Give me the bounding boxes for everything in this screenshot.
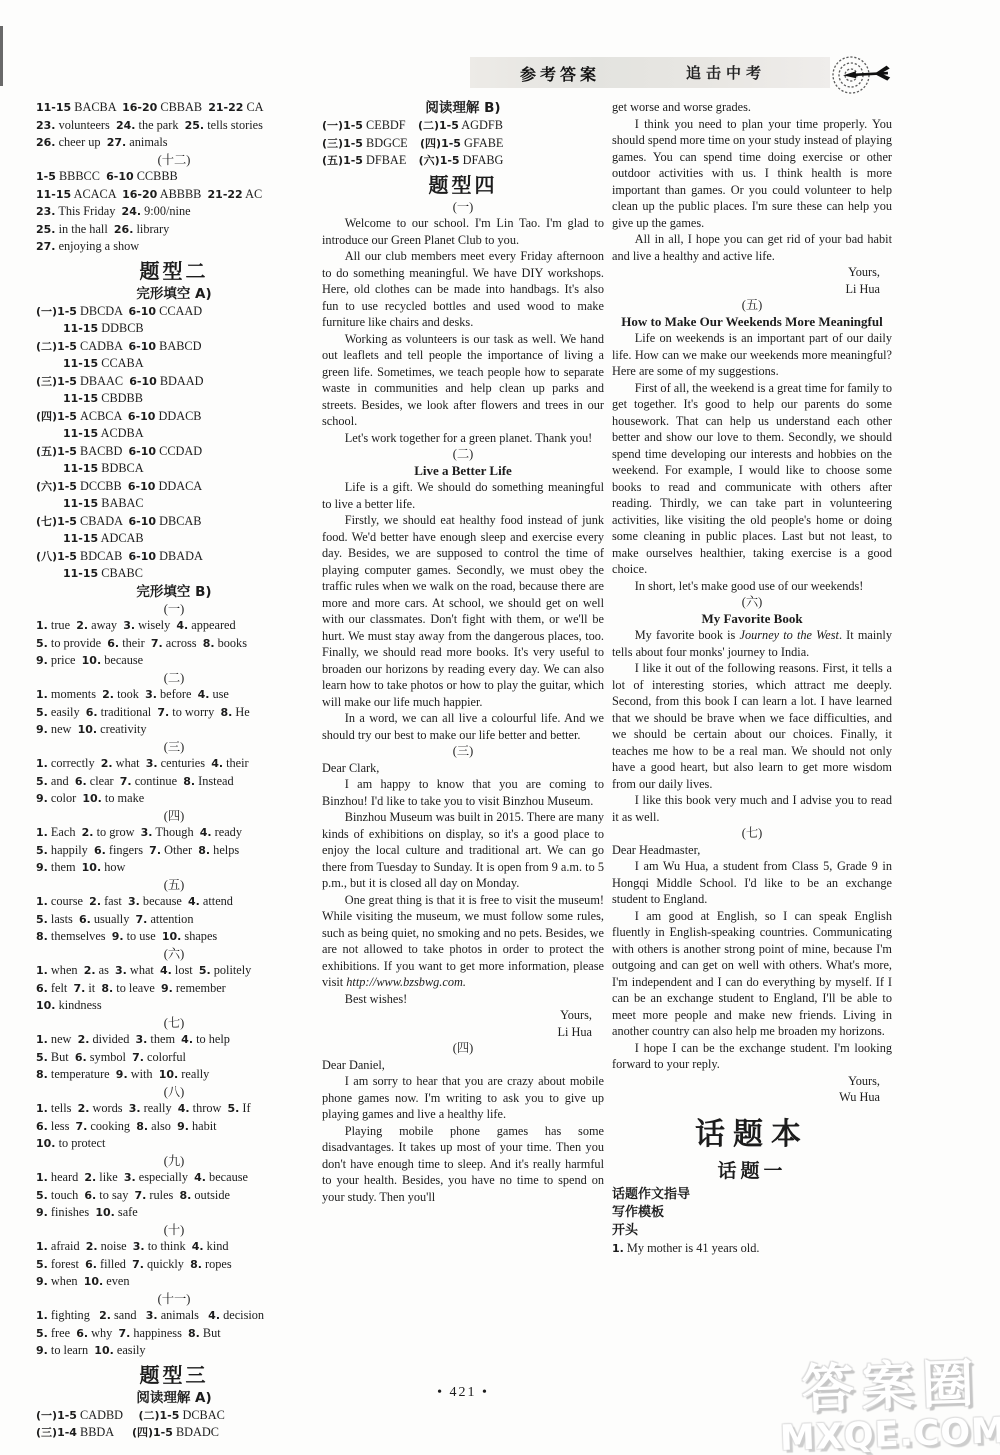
answer-line: 1. tells 2. words 3. really 4. throw 5. … (36, 1100, 312, 1118)
section-marker: (三) (322, 743, 604, 760)
paragraph: I am Wu Hua, a student from Class 5, Gra… (612, 858, 892, 908)
section-marker: (三) (36, 739, 312, 756)
answer-line: 8. temperature 9. with 10. really (36, 1066, 312, 1084)
paragraph: Let's work together for a green planet. … (322, 430, 604, 447)
section-marker: (四) (322, 1040, 604, 1057)
answer-line: 1. afraid 2. noise 3. to think 4. kind (36, 1238, 312, 1256)
paragraph: Working as volunteers is our task as wel… (322, 331, 604, 430)
signature-line: Li Hua (612, 281, 892, 298)
answer-line: (六)1-5 DCCBB 6-10 DDACA (36, 478, 312, 496)
subsection-heading: 阅读理解 A) (36, 1389, 312, 1407)
answer-line: 1. heard 2. like 3. especially 4. becaus… (36, 1169, 312, 1187)
paragraph: I think you need to plan your time prope… (612, 116, 892, 232)
section-marker: (六) (36, 946, 312, 963)
header-title-series: 追击中考 (686, 62, 766, 83)
answer-line: 1. course 2. fast 3. because 4. attend (36, 893, 312, 911)
answer-line: 10. kindness (36, 997, 312, 1015)
paragraph: Firstly, we should eat healthy food inst… (322, 512, 604, 710)
section-marker: (十二) (36, 152, 312, 169)
answer-line: 1. new 2. divided 3. them 4. to help (36, 1031, 312, 1049)
watermark-site: MXQE.COM (779, 1411, 1000, 1455)
answer-line: 1. moments 2. took 3. before 4. use (36, 686, 312, 704)
section-marker: (九) (36, 1153, 312, 1170)
answer-line: 1. Each 2. to grow 3. Though 4. ready (36, 824, 312, 842)
answer-line: 10. to protect (36, 1135, 312, 1153)
paragraph: Best wishes! (322, 991, 604, 1008)
answer-line: (三)1-4 BBDA (四)1-5 BDADC (36, 1424, 312, 1442)
answer-line: 23. volunteers 24. the park 25. tells st… (36, 117, 312, 135)
answer-line: 6. felt 7. it 8. to leave 9. remember (36, 980, 312, 998)
header-title-answers: 参考答案 (520, 62, 600, 85)
answer-line-continuation: 11-15 CBABC (36, 565, 312, 583)
part-title: 话题本 (612, 1114, 892, 1156)
paragraph: One great thing is that it is free to vi… (322, 892, 604, 991)
section-marker: (五) (36, 877, 312, 894)
topic-heading: 话题一 (612, 1156, 892, 1186)
paragraph: All our club members meet every Friday a… (322, 248, 604, 331)
paragraph: In a word, we can all live a colourful l… (322, 710, 604, 743)
scan-edge-artifact (0, 26, 3, 86)
answer-line: 1-5 BBBCC 6-10 CCBBB (36, 168, 312, 186)
answer-line: 9. them 10. how (36, 859, 312, 877)
answer-line: (一)1-5 DBCDA 6-10 CCAAD (36, 303, 312, 321)
answer-line: 5. forest 6. filled 7. quickly 8. ropes (36, 1256, 312, 1274)
answer-line-continuation: 11-15 DDBCB (36, 320, 312, 338)
paragraph: My favorite book is Journey to the West.… (612, 627, 892, 660)
section-marker: (四) (36, 808, 312, 825)
answer-line: (五)1-5 BACBD 6-10 CCDAD (36, 443, 312, 461)
answer-line: 26. cheer up 27. animals (36, 134, 312, 152)
section-marker: (二) (322, 446, 604, 463)
answer-line: 1. correctly 2. what 3. centuries 4. the… (36, 755, 312, 773)
paragraph-no-indent: Dear Headmaster, (612, 842, 892, 859)
answer-line: 5. lasts 6. usually 7. attention (36, 911, 312, 929)
section-marker: (二) (36, 670, 312, 687)
answer-line: 5. free 6. why 7. happiness 8. But (36, 1325, 312, 1343)
answer-line: 9. finishes 10. safe (36, 1204, 312, 1222)
essay-title: Live a Better Life (322, 463, 604, 480)
answer-line: 9. color 10. to make (36, 790, 312, 808)
answer-key-page: 参考答案 追击中考 11-15 BACBA 16-20 CBBAB 21-22 … (0, 0, 1000, 1455)
section-heading: 题型二 (36, 258, 312, 284)
answer-line: 1. true 2. away 3. wisely 4. appeared (36, 617, 312, 635)
label-line: 话题作文指导 (612, 1186, 892, 1204)
answer-line: 5. But 6. symbol 7. colorful (36, 1049, 312, 1067)
answer-line: 1. fighting 2. sand 3. animals 4. decisi… (36, 1307, 312, 1325)
paragraph-no-indent: get worse and worse grades. (612, 99, 892, 116)
answer-line: 8. themselves 9. to use 10. shapes (36, 928, 312, 946)
paragraph: In short, let's make good use of our wee… (612, 578, 892, 595)
section-marker: (七) (612, 825, 892, 842)
paragraph: Life on weekends is an important part of… (612, 330, 892, 380)
signature-line: Li Hua (322, 1024, 604, 1041)
answer-line: 27. enjoying a show (36, 238, 312, 256)
answers-column-left: 11-15 BACBA 16-20 CBBAB 21-22 CA23. volu… (36, 99, 312, 1442)
answer-line: 25. in the hall 26. library (36, 221, 312, 239)
signature-line: Yours, (322, 1007, 604, 1024)
watermark: 答案圈 MXQE.COM (777, 1355, 1000, 1455)
answer-line: (三)1-5 BDGCE (四)1-5 GFABE (322, 135, 604, 153)
section-marker: (七) (36, 1015, 312, 1032)
paragraph: I am good at English, so I can speak Eng… (612, 908, 892, 1040)
paragraph: I am happy to know that you are coming t… (322, 776, 604, 809)
answer-line: 5. to provide 6. their 7. across 8. book… (36, 635, 312, 653)
answer-line: (一)1-5 CADBD (二)1-5 DCBAC (36, 1407, 312, 1425)
subsection-heading: 阅读理解 B) (322, 99, 604, 117)
paragraph: Welcome to our school. I'm Lin Tao. I'm … (322, 215, 604, 248)
paragraph-no-indent: Dear Clark, (322, 760, 604, 777)
subsection-heading: 完形填空 A) (36, 285, 312, 303)
answer-line: 9. when 10. even (36, 1273, 312, 1291)
answer-line: 1. when 2. as 3. what 4. lost 5. politel… (36, 962, 312, 980)
label-line: 写作模板 (612, 1204, 892, 1222)
label-line: 开头 (612, 1222, 892, 1240)
answers-column-right: get worse and worse grades.I think you n… (612, 99, 892, 1257)
answers-column-middle: 阅读理解 B)(一)1-5 CEBDF (二)1-5 AGDFB(三)1-5 B… (322, 99, 604, 1205)
essay-title: How to Make Our Weekends More Meaningful (612, 314, 892, 331)
section-heading: 题型三 (36, 1362, 312, 1388)
essay-title: My Favorite Book (612, 611, 892, 628)
section-heading: 题型四 (322, 172, 604, 198)
section-marker: (八) (36, 1084, 312, 1101)
page-number: • 421 • (322, 1385, 604, 1401)
answer-line: 5. happily 6. fingers 7. Other 8. helps (36, 842, 312, 860)
answer-line: 5. touch 6. to say 7. rules 8. outside (36, 1187, 312, 1205)
answer-line-continuation: 11-15 ADCAB (36, 530, 312, 548)
paragraph: First of all, the weekend is a great tim… (612, 380, 892, 578)
answer-line-continuation: 11-15 BDBCA (36, 460, 312, 478)
paragraph: Playing mobile phone games has some disa… (322, 1123, 604, 1206)
answer-line: 11-15 ACACA 16-20 ABBBB 21-22 AC (36, 186, 312, 204)
paragraph: Life is a gift. We should do something m… (322, 479, 604, 512)
target-arrow-icon (830, 50, 894, 100)
section-marker: (十) (36, 1222, 312, 1239)
answer-line-continuation: 11-15 CBDBB (36, 390, 312, 408)
paragraph: I like it out of the following reasons. … (612, 660, 892, 792)
answer-line: (八)1-5 BDCAB 6-10 DBADA (36, 548, 312, 566)
paragraph: I like this book very much and I advise … (612, 792, 892, 825)
signature-line: Wu Hua (612, 1089, 892, 1106)
answer-line: 9. price 10. because (36, 652, 312, 670)
answer-line: 11-15 BACBA 16-20 CBBAB 21-22 CA (36, 99, 312, 117)
section-marker: (十一) (36, 1291, 312, 1308)
answer-line: (一)1-5 CEBDF (二)1-5 AGDFB (322, 117, 604, 135)
answer-line: 5. and 6. clear 7. continue 8. Instead (36, 773, 312, 791)
answer-line: (七)1-5 CBADA 6-10 DBCAB (36, 513, 312, 531)
paragraph: I am sorry to hear that you are crazy ab… (322, 1073, 604, 1123)
section-marker: (一) (36, 601, 312, 618)
answer-line: 9. new 10. creativity (36, 721, 312, 739)
answer-line: (五)1-5 DFBAE (六)1-5 DFABG (322, 152, 604, 170)
answer-line: 23. This Friday 24. 9:00/nine (36, 203, 312, 221)
section-marker: (五) (612, 297, 892, 314)
subsection-heading: 完形填空 B) (36, 583, 312, 601)
answer-line: 9. to learn 10. easily (36, 1342, 312, 1360)
signature-line: Yours, (612, 1073, 892, 1090)
answer-line: 1. My mother is 41 years old. (612, 1240, 892, 1258)
section-marker: (一) (322, 199, 604, 216)
answer-line: 6. less 7. cooking 8. also 9. habit (36, 1118, 312, 1136)
answer-line: (三)1-5 DBAAC 6-10 BDAAD (36, 373, 312, 391)
answer-line: 5. easily 6. traditional 7. to worry 8. … (36, 704, 312, 722)
watermark-brand: 答案圈 (777, 1355, 1000, 1419)
paragraph: All in all, I hope you can get rid of yo… (612, 231, 892, 264)
answer-line-continuation: 11-15 BABAC (36, 495, 312, 513)
answer-line: (二)1-5 CADBA 6-10 BABCD (36, 338, 312, 356)
paragraph: Binzhou Museum was built in 2015. There … (322, 809, 604, 892)
paragraph: I hope I can be the exchange student. I'… (612, 1040, 892, 1073)
paragraph-no-indent: Dear Daniel, (322, 1057, 604, 1074)
answer-line-continuation: 11-15 CCABA (36, 355, 312, 373)
section-marker: (六) (612, 594, 892, 611)
answer-line: (四)1-5 ACBCA 6-10 DDACB (36, 408, 312, 426)
signature-line: Yours, (612, 264, 892, 281)
header-band: 参考答案 追击中考 (470, 57, 830, 88)
answer-line-continuation: 11-15 ACDBA (36, 425, 312, 443)
